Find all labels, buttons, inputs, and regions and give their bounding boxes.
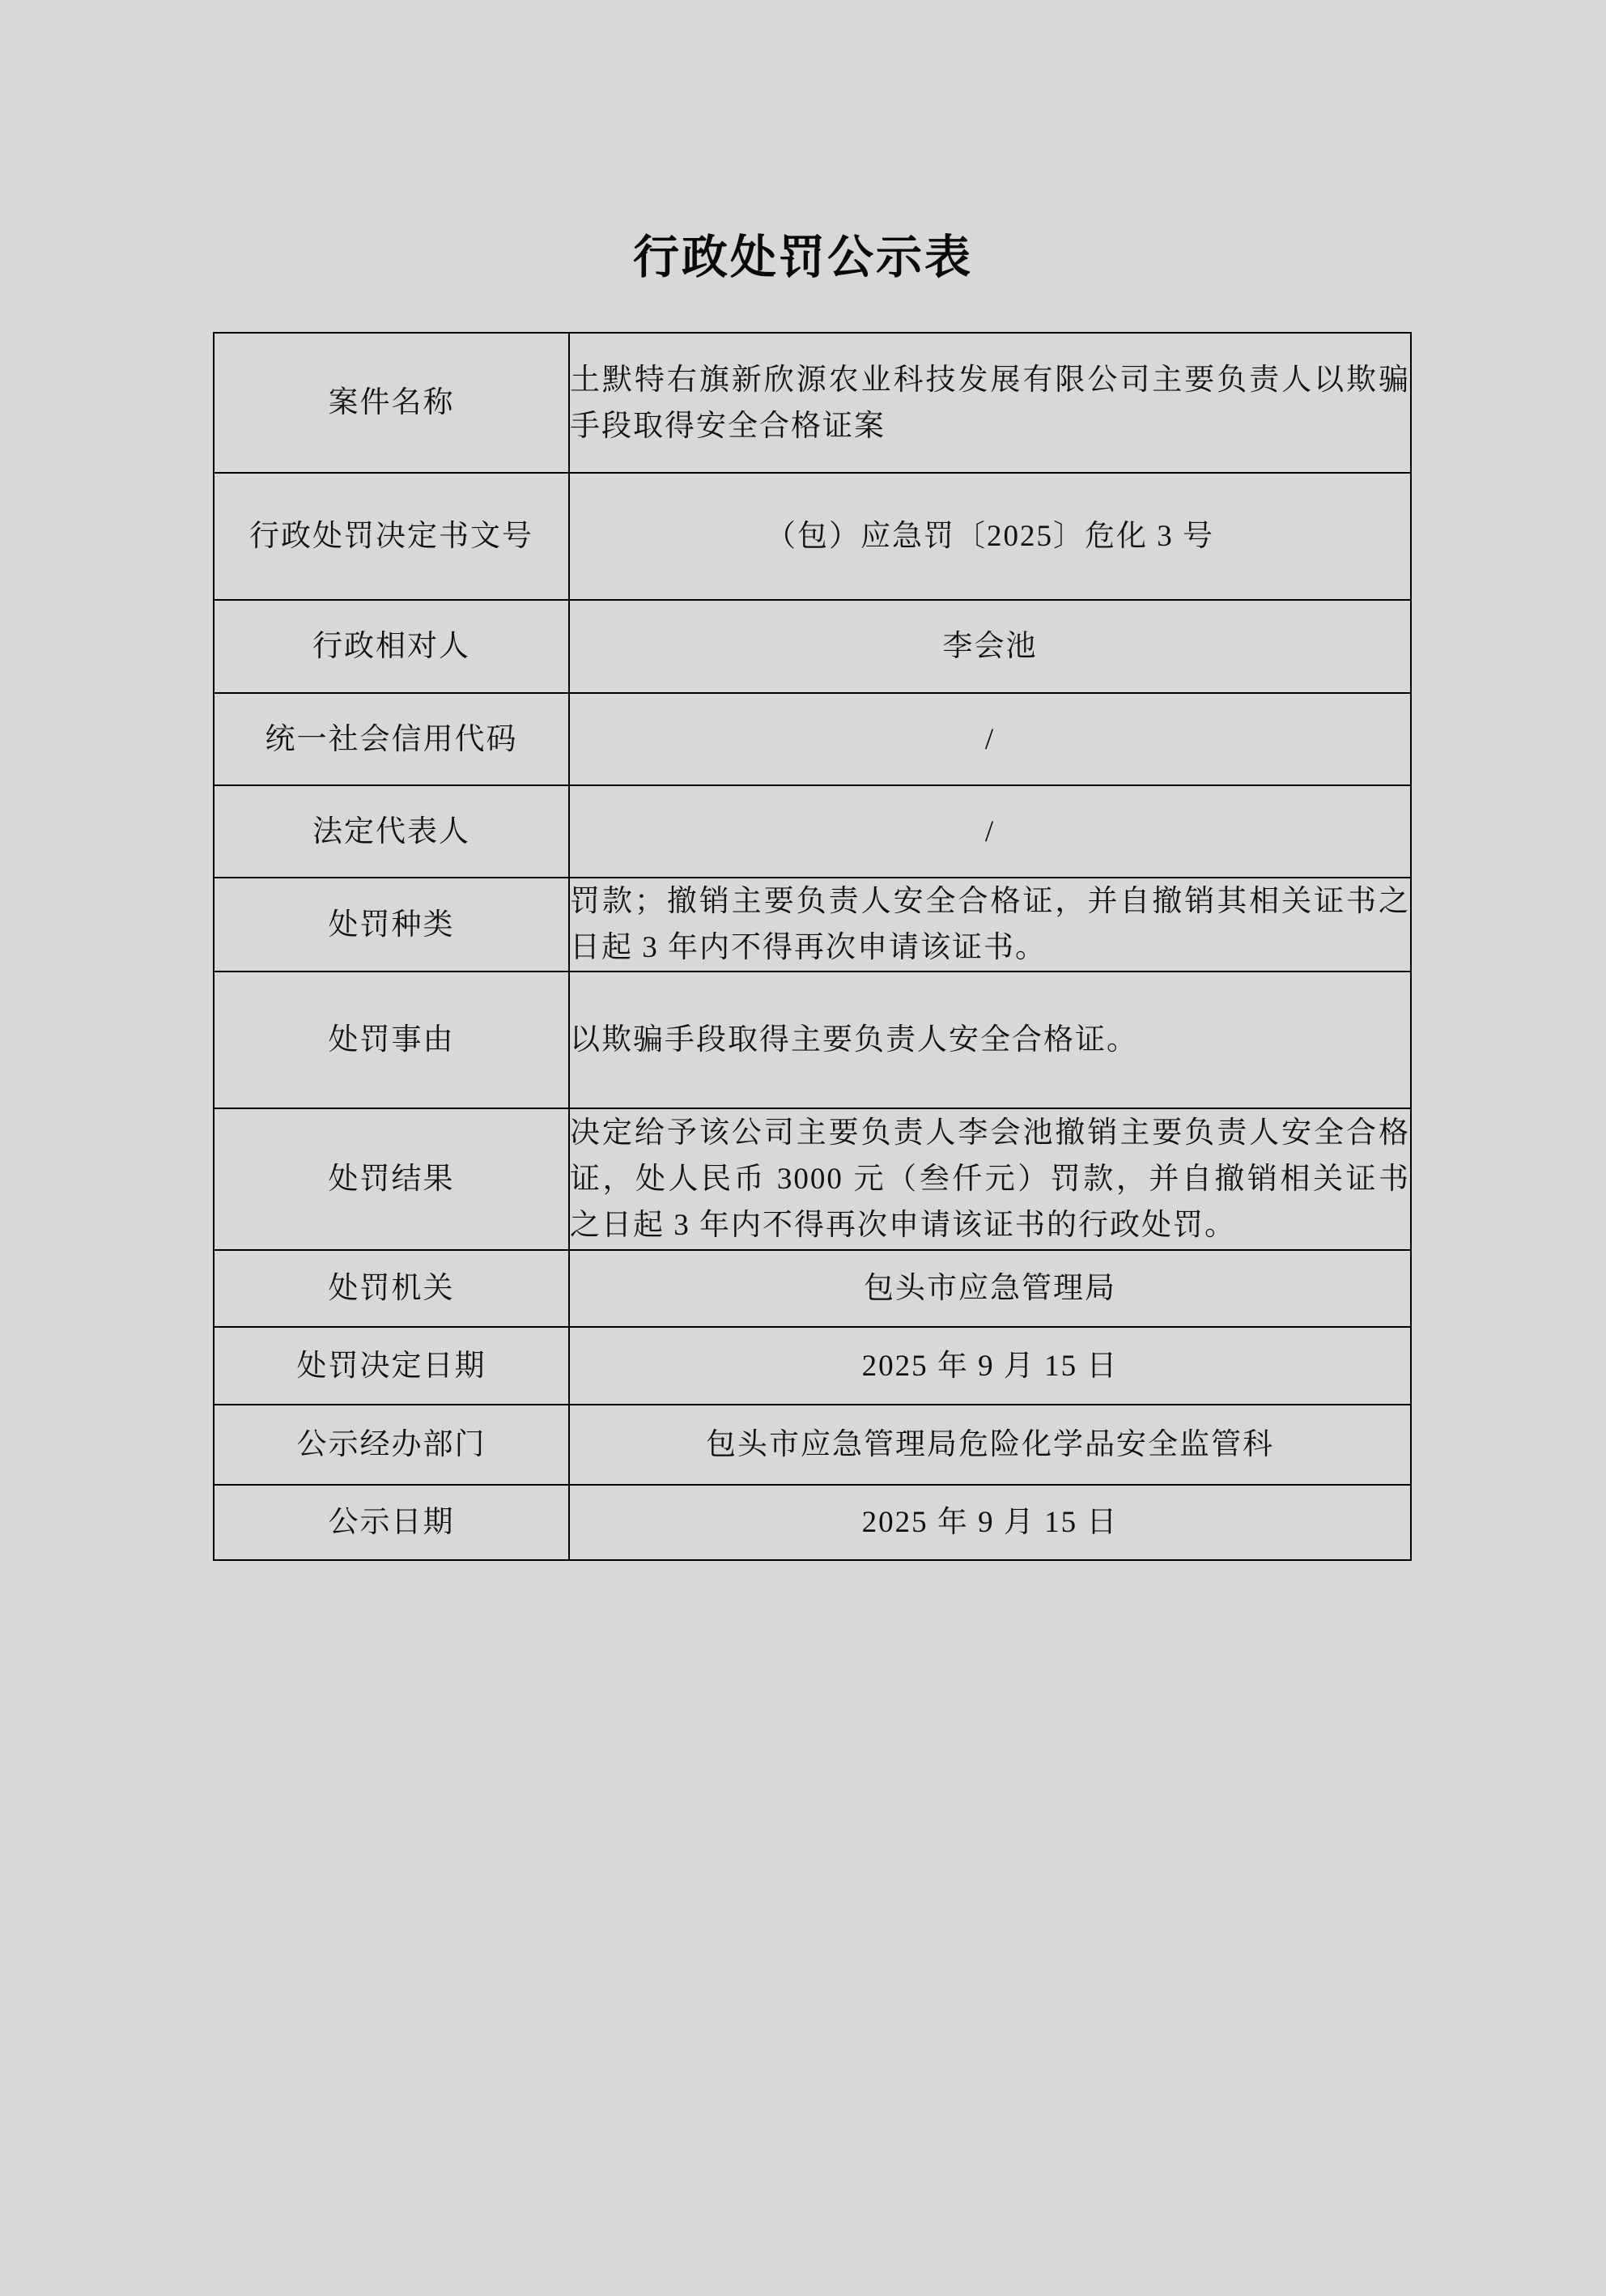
table-row: 公示日期 2025 年 9 月 15 日 (214, 1485, 1411, 1560)
penalty-table-body: 案件名称 土默特右旗新欣源农业科技发展有限公司主要负责人以欺骗手段取得安全合格证… (214, 333, 1411, 1560)
table-row: 处罚结果 决定给予该公司主要负责人李会池撤销主要负责人安全合格证，处人民币 30… (214, 1108, 1411, 1250)
table-row: 处罚种类 罚款；撤销主要负责人安全合格证，并自撤销其相关证书之日起 3 年内不得… (214, 878, 1411, 972)
row-value: 2025 年 9 月 15 日 (569, 1485, 1411, 1560)
row-value: （包）应急罚〔2025〕危化 3 号 (569, 473, 1411, 600)
row-label: 公示经办部门 (214, 1405, 569, 1485)
table-row: 公示经办部门 包头市应急管理局危险化学品安全监管科 (214, 1405, 1411, 1485)
table-row: 处罚事由 以欺骗手段取得主要负责人安全合格证。 (214, 972, 1411, 1108)
table-row: 法定代表人 / (214, 785, 1411, 878)
row-value: 决定给予该公司主要负责人李会池撤销主要负责人安全合格证，处人民币 3000 元（… (569, 1108, 1411, 1250)
row-label: 行政相对人 (214, 600, 569, 693)
row-value: 2025 年 9 月 15 日 (569, 1327, 1411, 1405)
table-row: 行政相对人 李会池 (214, 600, 1411, 693)
table-row: 行政处罚决定书文号 （包）应急罚〔2025〕危化 3 号 (214, 473, 1411, 600)
row-value: 李会池 (569, 600, 1411, 693)
row-label: 统一社会信用代码 (214, 693, 569, 785)
penalty-table: 案件名称 土默特右旗新欣源农业科技发展有限公司主要负责人以欺骗手段取得安全合格证… (213, 332, 1412, 1561)
table-row: 案件名称 土默特右旗新欣源农业科技发展有限公司主要负责人以欺骗手段取得安全合格证… (214, 333, 1411, 473)
row-label: 处罚种类 (214, 878, 569, 972)
row-label: 法定代表人 (214, 785, 569, 878)
table-row: 统一社会信用代码 / (214, 693, 1411, 785)
table-row: 处罚机关 包头市应急管理局 (214, 1250, 1411, 1327)
row-label: 行政处罚决定书文号 (214, 473, 569, 600)
row-label: 处罚机关 (214, 1250, 569, 1327)
row-value: / (569, 693, 1411, 785)
row-value: 以欺骗手段取得主要负责人安全合格证。 (569, 972, 1411, 1108)
row-value: 罚款；撤销主要负责人安全合格证，并自撤销其相关证书之日起 3 年内不得再次申请该… (569, 878, 1411, 972)
row-label: 处罚决定日期 (214, 1327, 569, 1405)
page-title: 行政处罚公示表 (0, 220, 1606, 287)
row-label: 案件名称 (214, 333, 569, 473)
row-label: 处罚结果 (214, 1108, 569, 1250)
row-value: 包头市应急管理局危险化学品安全监管科 (569, 1405, 1411, 1485)
row-label: 公示日期 (214, 1485, 569, 1560)
row-value: 土默特右旗新欣源农业科技发展有限公司主要负责人以欺骗手段取得安全合格证案 (569, 333, 1411, 473)
row-value: / (569, 785, 1411, 878)
row-label: 处罚事由 (214, 972, 569, 1108)
table-row: 处罚决定日期 2025 年 9 月 15 日 (214, 1327, 1411, 1405)
row-value: 包头市应急管理局 (569, 1250, 1411, 1327)
